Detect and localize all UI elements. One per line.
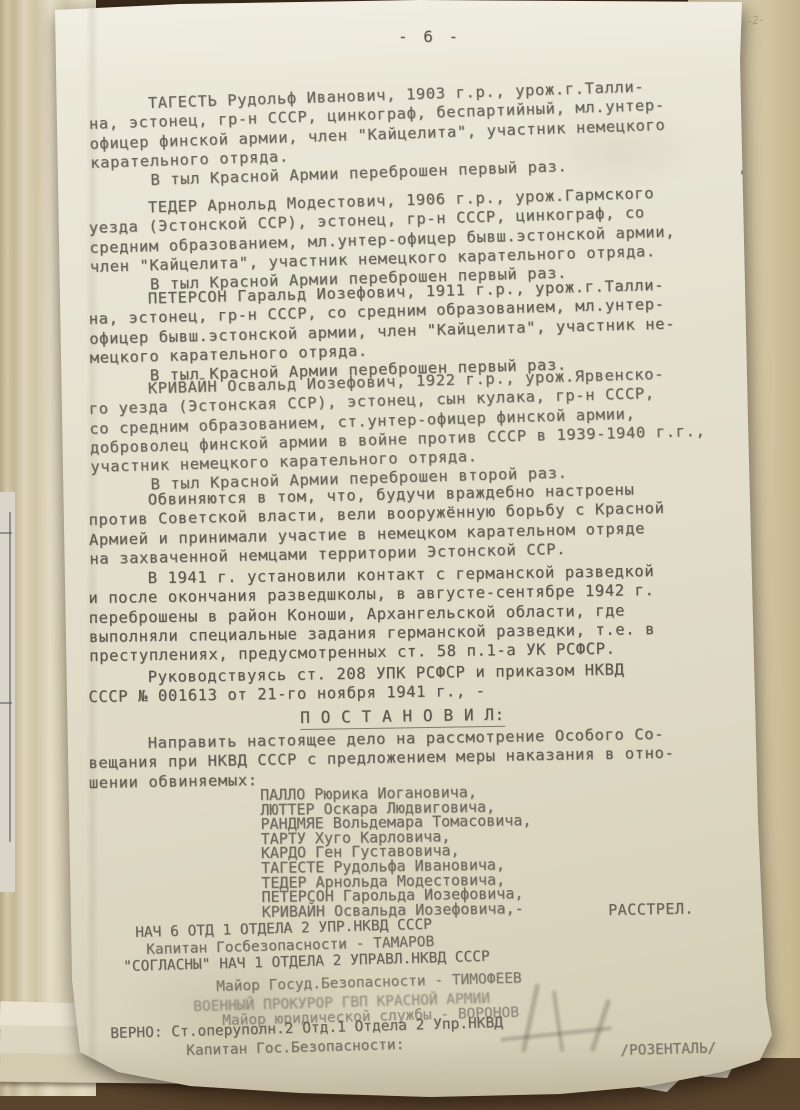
typewritten-line: шении обвиняемых: bbox=[89, 763, 675, 793]
document-page: - 6 - ТАГЕСТЬ Рудольф Иванович, 1903 г.р… bbox=[0, 0, 800, 1110]
pencil-note: -2- bbox=[747, 13, 763, 27]
paper-speck bbox=[741, 170, 744, 175]
signature-line-verno: ВЕРНО: Ст.оперуполн.2 Отд.1 Отдела 2 Упр… bbox=[110, 1015, 503, 1042]
typewritten-line: на, эстонец, гр-н СССР, цинкограф, беспа… bbox=[89, 96, 665, 134]
paragraph-krivain: КРИВАЙН Освальд Иозефович, 1922 г.р., ур… bbox=[88, 364, 707, 497]
typewritten-line: КРИВАЙН Освальд Иозефович, 1922 г.р., ур… bbox=[88, 364, 704, 400]
typewritten-line: на, эстонец, гр-н СССР, со средним образ… bbox=[89, 295, 675, 330]
typewritten-line: на захваченной немцами территории Эстонс… bbox=[89, 538, 665, 569]
pencil-signature-stroke bbox=[500, 1026, 612, 1042]
paragraph-peterson: ПЕТЕРСОН Гаральд Иозефович, 1911 г.р., у… bbox=[88, 276, 676, 388]
typewritten-line: ТЕДЕР Арнольда Модестовича, bbox=[261, 872, 532, 890]
typewritten-line: Армией и принимали участие в немецком ка… bbox=[89, 519, 665, 550]
paragraph-teder: ТЕДЕР Арнольд Модестович, 1906 г.р., уро… bbox=[88, 184, 676, 297]
typewritten-line: против Советской власти, вели вооружённу… bbox=[88, 499, 664, 530]
typewritten-line: В тыл Красной Армии переброшен первый ра… bbox=[90, 261, 676, 297]
typewritten-line: Направить настоящее дело на рассмотрение… bbox=[88, 725, 674, 755]
pencil-signature-stroke bbox=[552, 990, 565, 1052]
typewritten-line: ПАЛЛО Рюрика Иогановича, bbox=[260, 784, 531, 802]
typewritten-line: участник немецкого карательного отряда. bbox=[90, 441, 706, 477]
accused-names-list: ПАЛЛО Рюрика Иогановича,ЛЮТТЕР Оскара Лю… bbox=[260, 784, 533, 919]
paragraph-resolution: Направить настоящее дело на рассмотрение… bbox=[88, 725, 675, 793]
typewritten-line: переброшены в район Коноши, Архангельско… bbox=[89, 601, 655, 628]
typewritten-line: офицер финской армии, член "Кайцелита", … bbox=[89, 115, 665, 153]
typewritten-line: и после окончания разведшколы, в августе… bbox=[88, 581, 654, 608]
typewritten-line: Руководствуясь ст. 208 УПК РСФСР и прика… bbox=[88, 661, 625, 689]
typewritten-line: ТАГЕСТЬ Рудольф Иванович, 1903 г.р., уро… bbox=[88, 77, 664, 115]
typewritten-line: член "Кайцелита", участник немецкого кар… bbox=[90, 242, 676, 278]
signature-line-prosecutor: ВОЕННЫЙ ПРОКУРОР ГВП КРАСНОЙ АРМИИ bbox=[193, 991, 490, 1015]
pencil-signature-stroke bbox=[521, 983, 540, 1053]
document-page-wrap: - 6 - ТАГЕСТЬ Рудольф Иванович, 1903 г.р… bbox=[0, 0, 800, 1110]
typewritten-line: В 1941 г. установили контакт с германско… bbox=[88, 562, 654, 589]
typewritten-line: уезда (Эстонской ССР), эстонец, гр-н ССС… bbox=[89, 203, 675, 239]
typewritten-line: карательного отряда. bbox=[90, 135, 666, 173]
typewritten-line: В тыл Красной Армии переброшен второй ра… bbox=[91, 460, 707, 496]
archival-photo: - 6 - ТАГЕСТЬ Рудольф Иванович, 1903 г.р… bbox=[0, 0, 800, 1110]
typewritten-line: офицер бывш.эстонской армии, член "Кайце… bbox=[89, 314, 675, 349]
paragraph-accusation: Обвиняются в том, что, будучи враждебно … bbox=[88, 480, 666, 569]
signature-line-timofeev: Майор Госуд.Безопасности - ТИМОФЕЕВ bbox=[216, 970, 522, 995]
typewritten-line: выполняли специальные задания германской… bbox=[89, 620, 655, 647]
paragraph-1941-contact: В 1941 г. установили контакт с германско… bbox=[88, 562, 655, 666]
typewritten-line: В тыл Красной Армии переброшен первый ра… bbox=[91, 154, 667, 192]
typewritten-line: КАРДО Ген Густавовича, bbox=[261, 843, 532, 861]
typewritten-line: ПЕТЕРСОН Гарольда Иозефовича, bbox=[261, 886, 532, 904]
typewritten-line: вещания при НКВД СССР с предложением мер… bbox=[88, 744, 674, 774]
typewritten-line: РАНДМЯЕ Вольдемара Томасовича, bbox=[260, 813, 531, 831]
typewritten-line: В тыл Красной Армии переброшен первый ра… bbox=[90, 353, 676, 388]
typewritten-line: Обвиняются в том, что, будучи враждебно … bbox=[88, 480, 664, 511]
typewritten-line: ТЕДЕР Арнольд Модестович, 1906 г.р., уро… bbox=[88, 184, 674, 220]
signature-line-captain: Капитан Гос.Безопасности: bbox=[186, 1037, 405, 1059]
resolution-heading: П О С Т А Н О В И Л: bbox=[300, 705, 505, 731]
typewritten-line: со средним образованием, ст.унтер-офицер… bbox=[89, 402, 705, 438]
verdict-label: РАССТРЕЛ. bbox=[608, 900, 694, 921]
typewritten-line: доброволец финской армии в войне против … bbox=[90, 422, 706, 458]
typewritten-line: го уезда (Эстонская ССР), эстонец, сын к… bbox=[89, 383, 705, 419]
typewritten-line: ПЕТЕРСОН Гаральд Иозефович, 1911 г.р., у… bbox=[88, 276, 674, 311]
typewritten-line: СССР № 001613 от 21-го ноября 1941 г., - bbox=[88, 680, 625, 708]
certifier-name: /РОЗЕНТАЛЬ/ bbox=[620, 1040, 716, 1059]
paragraph-legal-basis: Руководствуясь ст. 208 УПК РСФСР и прика… bbox=[88, 661, 625, 708]
signature-line-agreed: "СОГЛАСНЫ" НАЧ 1 ОТДЕЛА 2 УПРАВЛ.НКВД СС… bbox=[123, 949, 490, 975]
typewritten-line: преступлениях, предусмотренных ст. 58 п.… bbox=[89, 639, 655, 666]
typewritten-line: ТАГЕСТЕ Рудольфа Ивановича, bbox=[261, 857, 532, 875]
typewritten-line: мецкого карательного отряда. bbox=[90, 334, 676, 369]
pencil-signature-stroke bbox=[590, 999, 612, 1053]
signature-line-dept-head: НАЧ 6 ОТД 1 ОТДЕЛА 2 УПР.НКВД СССР bbox=[135, 917, 432, 941]
typewritten-line: ТАРТУ Хуго Карловича, bbox=[261, 828, 532, 846]
page-number: - 6 - bbox=[398, 27, 461, 46]
signature-line-tamarov: Капитан Госбезопасности - ТАМАРОВ bbox=[146, 934, 434, 958]
typewritten-line: средним образованием, мл.унтер-офицер бы… bbox=[89, 222, 675, 258]
paragraph-tagest: ТАГЕСТЬ Рудольф Иванович, 1903 г.р., уро… bbox=[88, 77, 667, 193]
signature-line-voronov: Майор юридической службы - ВОРОНОВ bbox=[222, 1005, 519, 1029]
typewritten-line: КРИВАЙН Освальда Иозефовича,- bbox=[262, 901, 533, 919]
typewritten-line: ЛЮТТЕР Оскара Людвиговича, bbox=[260, 799, 531, 817]
